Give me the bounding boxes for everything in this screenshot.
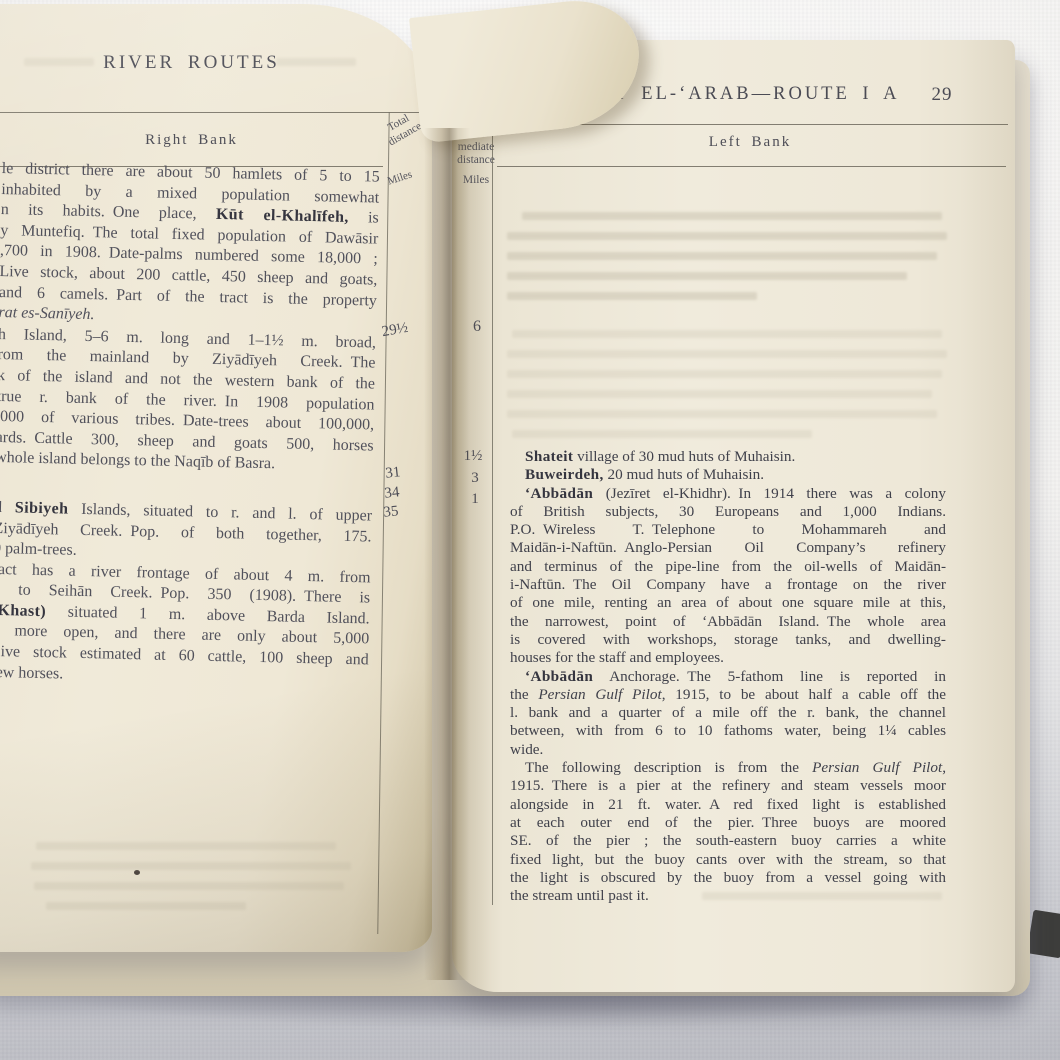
ghost-text-line: [507, 350, 947, 358]
page-number: 29: [912, 84, 972, 106]
left-page: RIVER ROUTES Right Bank Total distance M…: [0, 4, 432, 952]
total-distance-value: 31: [375, 463, 411, 483]
intermediate-distance-value: 1½: [456, 448, 490, 465]
left-bank-header: Left Bank: [492, 134, 1008, 151]
total-distance-column-rule: [377, 112, 390, 934]
gulf-pilot-paragraph: The following description is from the Pe…: [510, 759, 946, 905]
shateit-entry: Shateit village of 30 mud huts of Muhais…: [510, 448, 946, 466]
ghost-text-line: [512, 330, 942, 338]
intermediate-distance-value: 3: [458, 470, 492, 487]
left-bank-rule: [497, 166, 1006, 167]
ghost-text-line: [507, 252, 937, 260]
ghost-text-line: [507, 410, 937, 418]
ghost-text-line: [512, 430, 812, 438]
buweirdeh-entry: Buweirdeh, 20 mud huts of Muhaisin.: [510, 466, 946, 484]
ink-speck: [134, 870, 140, 875]
right-page: SHATT EL-‘ARAB—ROUTE I A 29 Inter- media…: [452, 40, 1015, 992]
total-distance-value: 34: [374, 483, 410, 503]
left-header-rule: [0, 112, 428, 113]
intermediate-distance-value: 1: [458, 491, 492, 508]
right-page-body: Shateit village of 30 mud huts of Muhais…: [510, 448, 946, 905]
ghost-text-line: [507, 272, 907, 280]
total-distance-unit: Miles: [379, 166, 421, 191]
ghost-text-line: [46, 902, 246, 910]
abbadan-anchorage-paragraph: ‘Abbādān Anchorage. The 5-fathom line is…: [510, 668, 946, 759]
island-paragraph: h Island, 5–6 m. long and 1–1½ m. broad,…: [0, 325, 376, 478]
total-distance-value: 35: [373, 502, 409, 522]
intermediate-distance-value: 6: [460, 318, 494, 336]
book-cover-corner: [1027, 910, 1060, 959]
abbadan-entry: ‘Abbādān (Jezīret el-Khidhr). In 1914 th…: [510, 485, 946, 668]
tract-paragraph: ract has a river frontage of about 4 m. …: [0, 560, 371, 692]
ghost-text-line: [507, 292, 757, 300]
intermediate-column-rule: [492, 124, 493, 905]
ghost-text-line: [34, 882, 344, 890]
ghost-text-line: [36, 842, 336, 850]
ghost-text-line: [31, 862, 351, 870]
district-paragraph: le district there are about 50 hamlets o…: [0, 159, 380, 332]
ghost-text-line: [522, 212, 942, 220]
sibiyeh-paragraph: d Sibiyeh Islands, situated to r. and l.…: [0, 498, 372, 568]
ghost-text-line: [507, 232, 947, 240]
right-bank-header: Right Bank: [0, 132, 383, 149]
ghost-text-line: [507, 390, 932, 398]
total-distance-value: 29½: [377, 319, 413, 342]
left-page-body: le district there are about 50 hamlets o…: [0, 159, 380, 692]
open-book-photo: RIVER ROUTES Right Bank Total distance M…: [0, 0, 1060, 1060]
ghost-text-line: [507, 370, 942, 378]
left-running-head: RIVER ROUTES: [0, 52, 383, 74]
